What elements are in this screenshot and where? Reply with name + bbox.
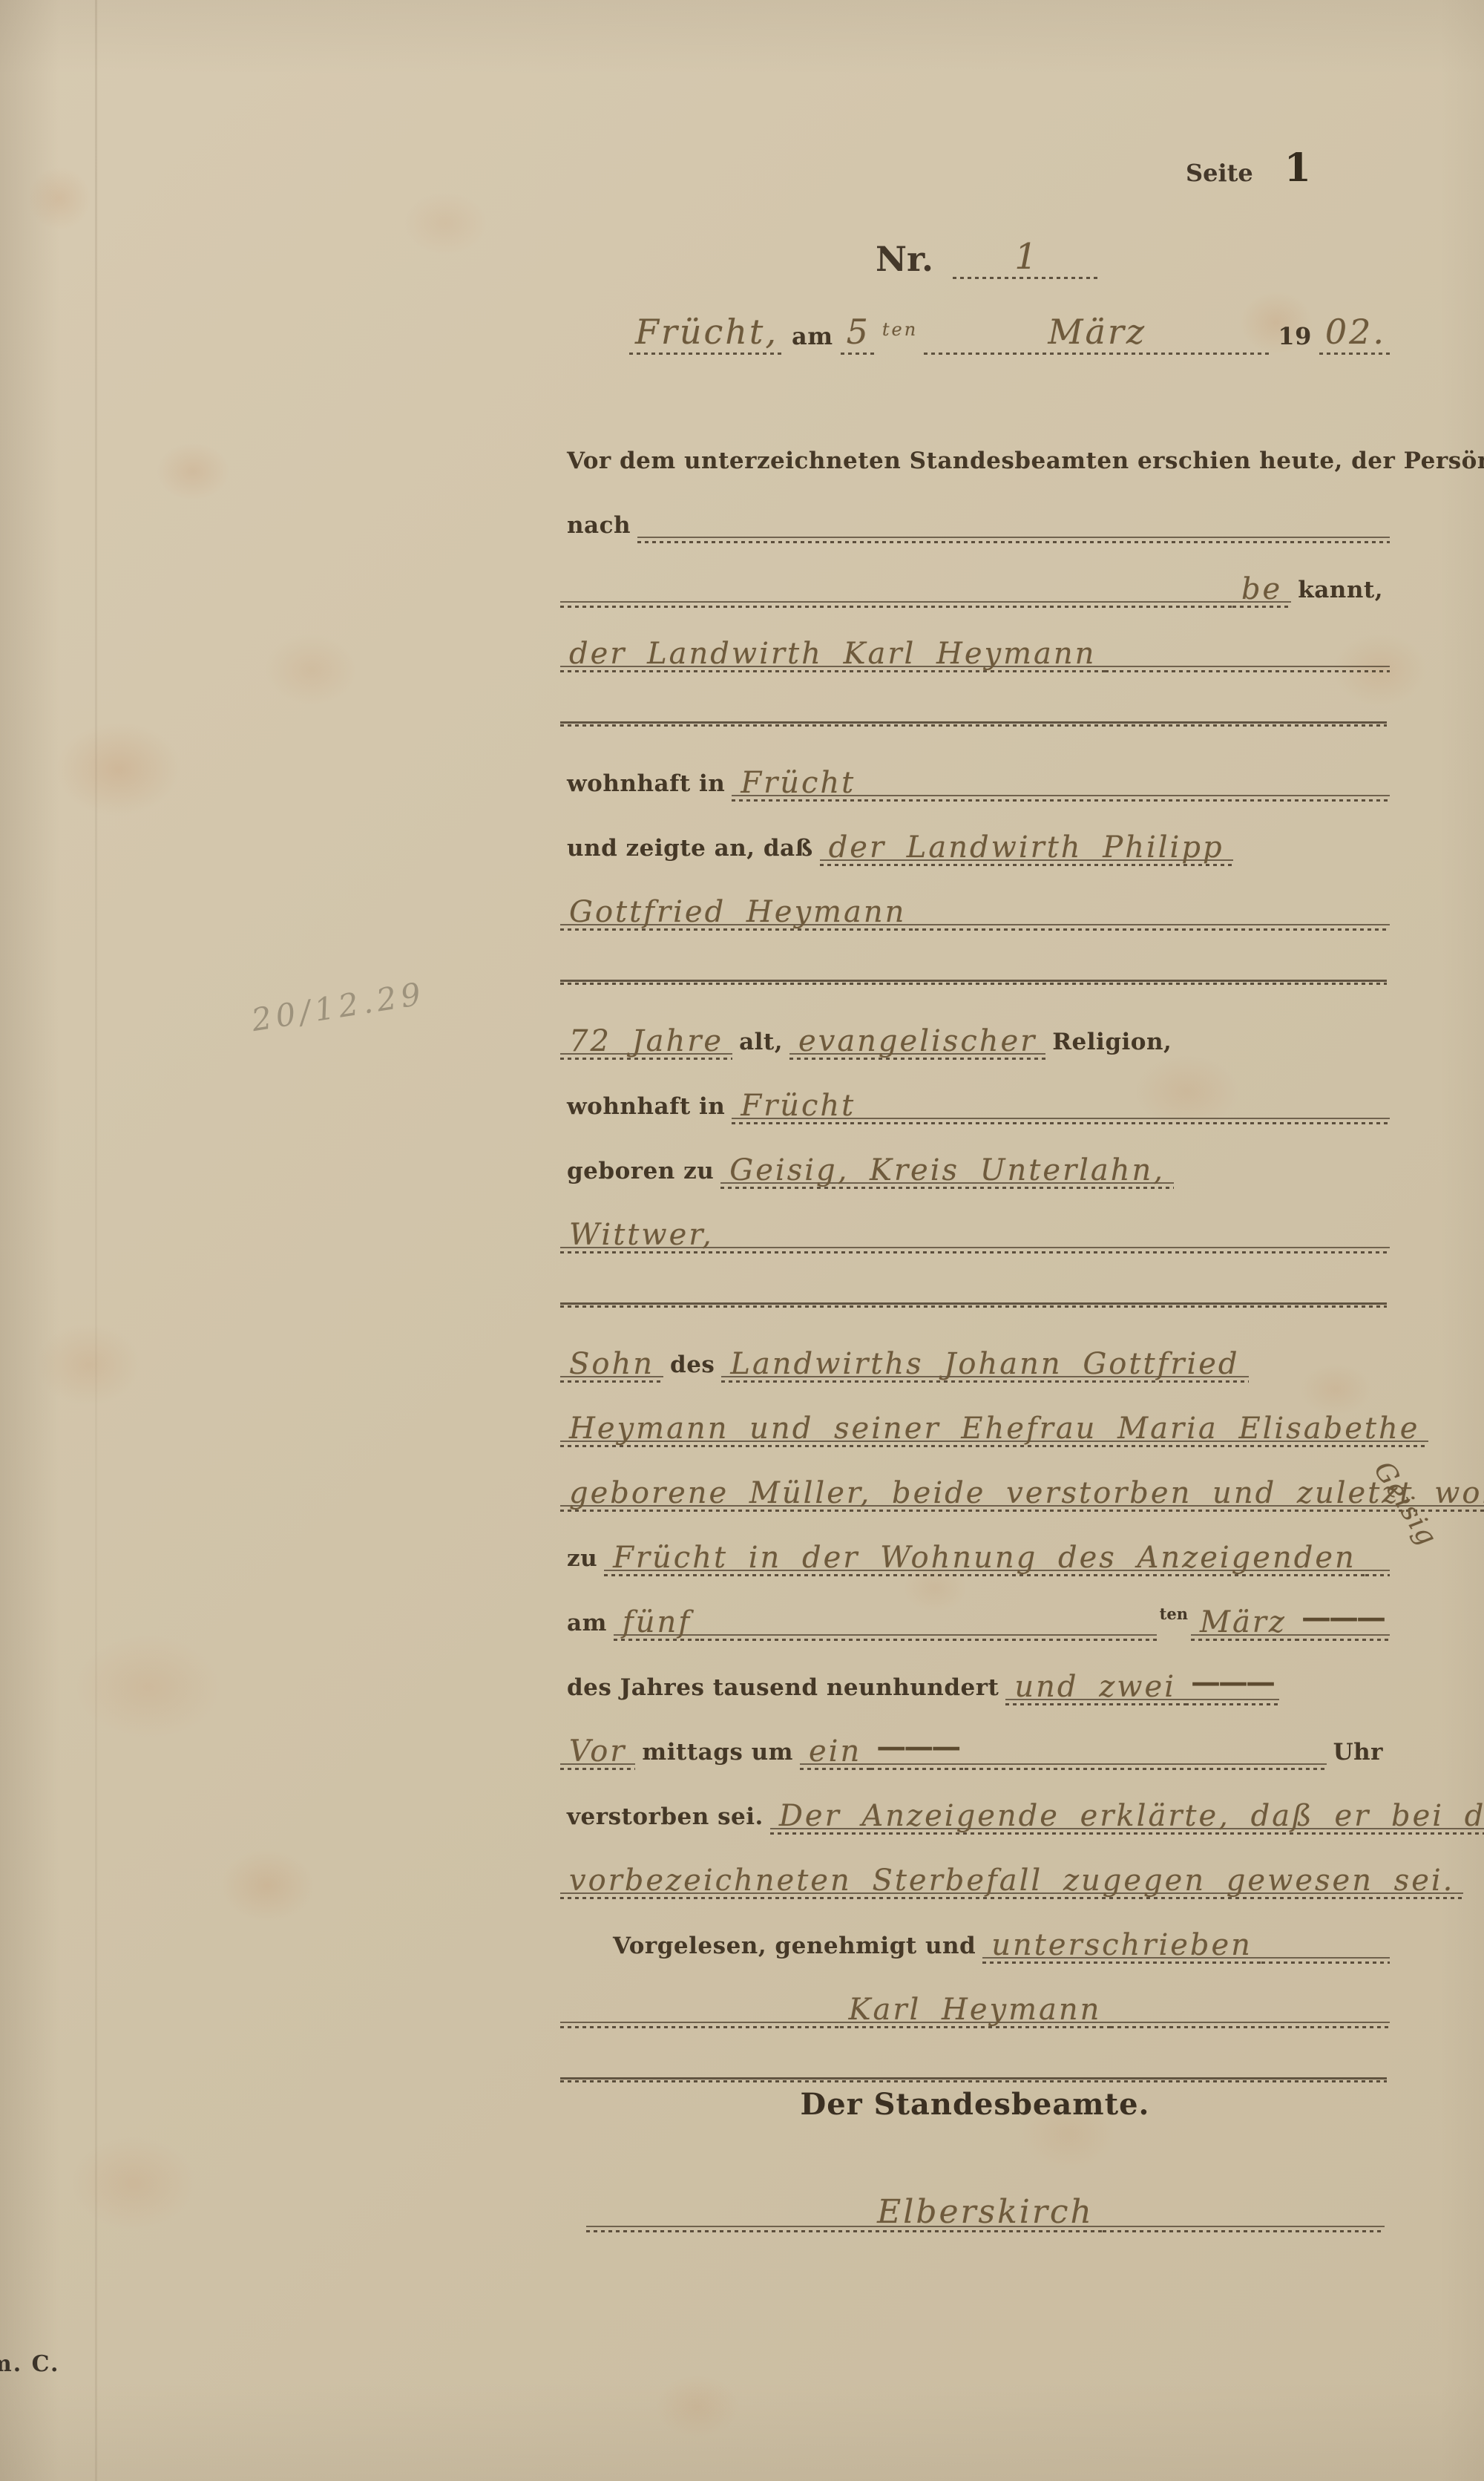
- handwritten-dash: ———: [870, 1729, 965, 1772]
- form-line: der Landwirth Karl Heymann: [560, 609, 1390, 674]
- section-rule: [560, 674, 1390, 738]
- handwritten-text: geborene Müller, beide verstorben und zu…: [560, 1476, 1484, 1513]
- printed-text: verstorben sei.: [560, 1803, 770, 1836]
- handwritten-text: Heymann und seiner Ehefrau Maria Elisabe…: [560, 1412, 1428, 1449]
- record-number: Nr. 1: [876, 236, 1101, 279]
- blank-fill-line: [1365, 1548, 1390, 1578]
- printed-text: wohnhaft in: [560, 1093, 732, 1126]
- handwritten-text: Geisig, Kreis Unterlahn,: [720, 1153, 1174, 1190]
- form-line: vorbezeichneten Sterbefall zugegen gewes…: [560, 1836, 1390, 1901]
- handwritten-text: Gottfried Heymann: [560, 895, 915, 932]
- handwritten-text: und zwei: [1005, 1670, 1185, 1707]
- handwritten-text: Wittwer,: [560, 1218, 723, 1255]
- printed-text: kannt,: [1291, 577, 1390, 609]
- handwritten-text: Frücht: [732, 1089, 864, 1126]
- printed-text: Uhr: [1327, 1739, 1390, 1772]
- handwritten-text: Sohn: [560, 1347, 663, 1384]
- pencil-margin-note: 20/12.29: [249, 975, 428, 1038]
- blank-fill-line: [1103, 2204, 1385, 2234]
- handwritten-text: Frücht: [732, 766, 864, 803]
- form-line: des Jahres tausend neunhundertund zwei——…: [560, 1642, 1390, 1707]
- handwritten-text: fünf: [614, 1605, 700, 1642]
- section-rule: [560, 1255, 1390, 1320]
- printed-text: geboren zu: [560, 1158, 720, 1190]
- record-body: Vor dem unterzeichneten Standesbeamten e…: [560, 416, 1390, 2094]
- printed-text: Religion,: [1045, 1029, 1178, 1061]
- blank-fill-line: [965, 1742, 1326, 1772]
- officiant-signature-row: Elberskirch: [586, 2152, 1385, 2234]
- form-line: geboren zuGeisig, Kreis Unterlahn,: [560, 1126, 1390, 1190]
- printed-superscript: ten: [1157, 1605, 1191, 1623]
- date-day-suffix: ten: [876, 319, 924, 343]
- blank-fill-line: [1261, 1936, 1390, 1965]
- printed-text: des Jahres tausend neunhundert: [560, 1674, 1005, 1707]
- handwritten-text: der Landwirth Philipp: [820, 830, 1233, 868]
- printed-text: mittags um: [635, 1739, 800, 1772]
- form-line: SohndesLandwirths Johann Gottfried: [560, 1320, 1390, 1384]
- officiant-title: Der Standesbeamte.: [560, 2087, 1390, 2122]
- handwritten-text: evangelischer: [789, 1024, 1045, 1061]
- form-line: zuFrücht in der Wohnung des Anzeigenden: [560, 1513, 1390, 1578]
- blank-fill-line: [560, 2000, 840, 2030]
- printed-text: zu: [560, 1545, 604, 1578]
- printed-text: des: [663, 1351, 721, 1384]
- date-year-printed: 19: [1270, 322, 1319, 355]
- handwritten-text: der Landwirth Karl Heymann: [560, 637, 1105, 674]
- record-number-label: Nr.: [876, 239, 933, 279]
- blank-fill-line: [915, 902, 1390, 932]
- handwritten-dash: ———: [1185, 1665, 1279, 1707]
- form-line: Vormittags umein———Uhr: [560, 1707, 1390, 1772]
- form-line: Vorgelesen, genehmigt undunterschrieben: [560, 1901, 1390, 1965]
- document-page: Seite 1 Nr. 1 Frücht, am 5 ten März 19 0…: [0, 0, 1484, 2481]
- blank-fill-line: [723, 1225, 1390, 1255]
- form-line: Gottfried Heymann: [560, 868, 1390, 932]
- blank-fill-line: [586, 2204, 868, 2234]
- date-day: 5: [841, 312, 876, 355]
- record-number-value: 1: [953, 236, 1101, 279]
- handwritten-text: be: [1232, 572, 1291, 609]
- form-line: amfünftenMärz———: [560, 1578, 1390, 1642]
- date-place: Frücht,: [629, 312, 784, 355]
- date-year-written: 02.: [1319, 312, 1392, 355]
- handwritten-text: Frücht in der Wohnung des Anzeigenden: [604, 1541, 1365, 1578]
- page-label: Seite: [1186, 159, 1253, 187]
- section-rule: [560, 932, 1390, 997]
- page-number: 1: [1284, 145, 1311, 191]
- printed-text: nach: [560, 512, 637, 545]
- form-line: wohnhaft inFrücht: [560, 738, 1390, 803]
- form-line: Wittwer,: [560, 1190, 1390, 1255]
- blank-fill-line: [1110, 2000, 1390, 2030]
- handwritten-text: Landwirths Johann Gottfried: [721, 1347, 1248, 1384]
- form-corner-note: m. C.: [0, 2351, 59, 2377]
- handwritten-text: 72 Jahre: [560, 1024, 732, 1061]
- printed-text: am: [560, 1610, 614, 1642]
- printed-text: und zeigte an, daß: [560, 835, 820, 868]
- handwritten-text: unterschrieben: [982, 1928, 1261, 1965]
- blank-fill-line: [864, 1096, 1390, 1126]
- date-month: März: [924, 312, 1270, 355]
- blank-fill-line: [637, 515, 1390, 545]
- handwritten-dash: ———: [1296, 1600, 1390, 1642]
- handwritten-text: Vor: [560, 1734, 635, 1772]
- handwritten-text: vorbezeichneten Sterbefall zugegen gewes…: [560, 1864, 1463, 1901]
- form-line: bekannt,: [560, 545, 1390, 609]
- blank-fill-line: [700, 1613, 1157, 1642]
- handwritten-text: Karl Heymann: [840, 1993, 1111, 2030]
- form-line: Karl Heymann: [560, 1965, 1390, 2030]
- handwritten-text: Der Anzeigende erklärte, daß er bei dem: [770, 1799, 1484, 1836]
- officiant-signature: Elberskirch: [868, 2193, 1103, 2234]
- printed-text: Vorgelesen, genehmigt und: [606, 1933, 982, 1965]
- handwritten-text: März: [1191, 1605, 1296, 1642]
- form-line: wohnhaft inFrücht: [560, 1061, 1390, 1126]
- form-line: verstorben sei.Der Anzeigende erklärte, …: [560, 1772, 1390, 1836]
- blank-fill-line: [864, 773, 1390, 803]
- form-line: 72 Jahrealt,evangelischerReligion,: [560, 997, 1390, 1061]
- form-line: Vor dem unterzeichneten Standesbeamten e…: [560, 416, 1390, 480]
- form-line: und zeigte an, daßder Landwirth Philipp: [560, 803, 1390, 868]
- page-header: Seite 1: [1186, 145, 1311, 191]
- form-line: nach: [560, 480, 1390, 545]
- section-rule: [560, 2030, 1390, 2094]
- printed-text: alt,: [732, 1029, 789, 1061]
- printed-text: wohnhaft in: [560, 770, 732, 803]
- blank-fill-line: [560, 580, 1232, 609]
- date-line: Frücht, am 5 ten März 19 02.: [629, 312, 1392, 355]
- printed-text: Vor dem unterzeichneten Standesbeamten e…: [560, 448, 1484, 480]
- date-am-label: am: [784, 322, 841, 355]
- form-line: geborene Müller, beide verstorben und zu…: [560, 1449, 1390, 1513]
- blank-fill-line: [1105, 644, 1390, 674]
- form-line: Heymann und seiner Ehefrau Maria Elisabe…: [560, 1384, 1390, 1449]
- handwritten-text: ein: [800, 1734, 870, 1772]
